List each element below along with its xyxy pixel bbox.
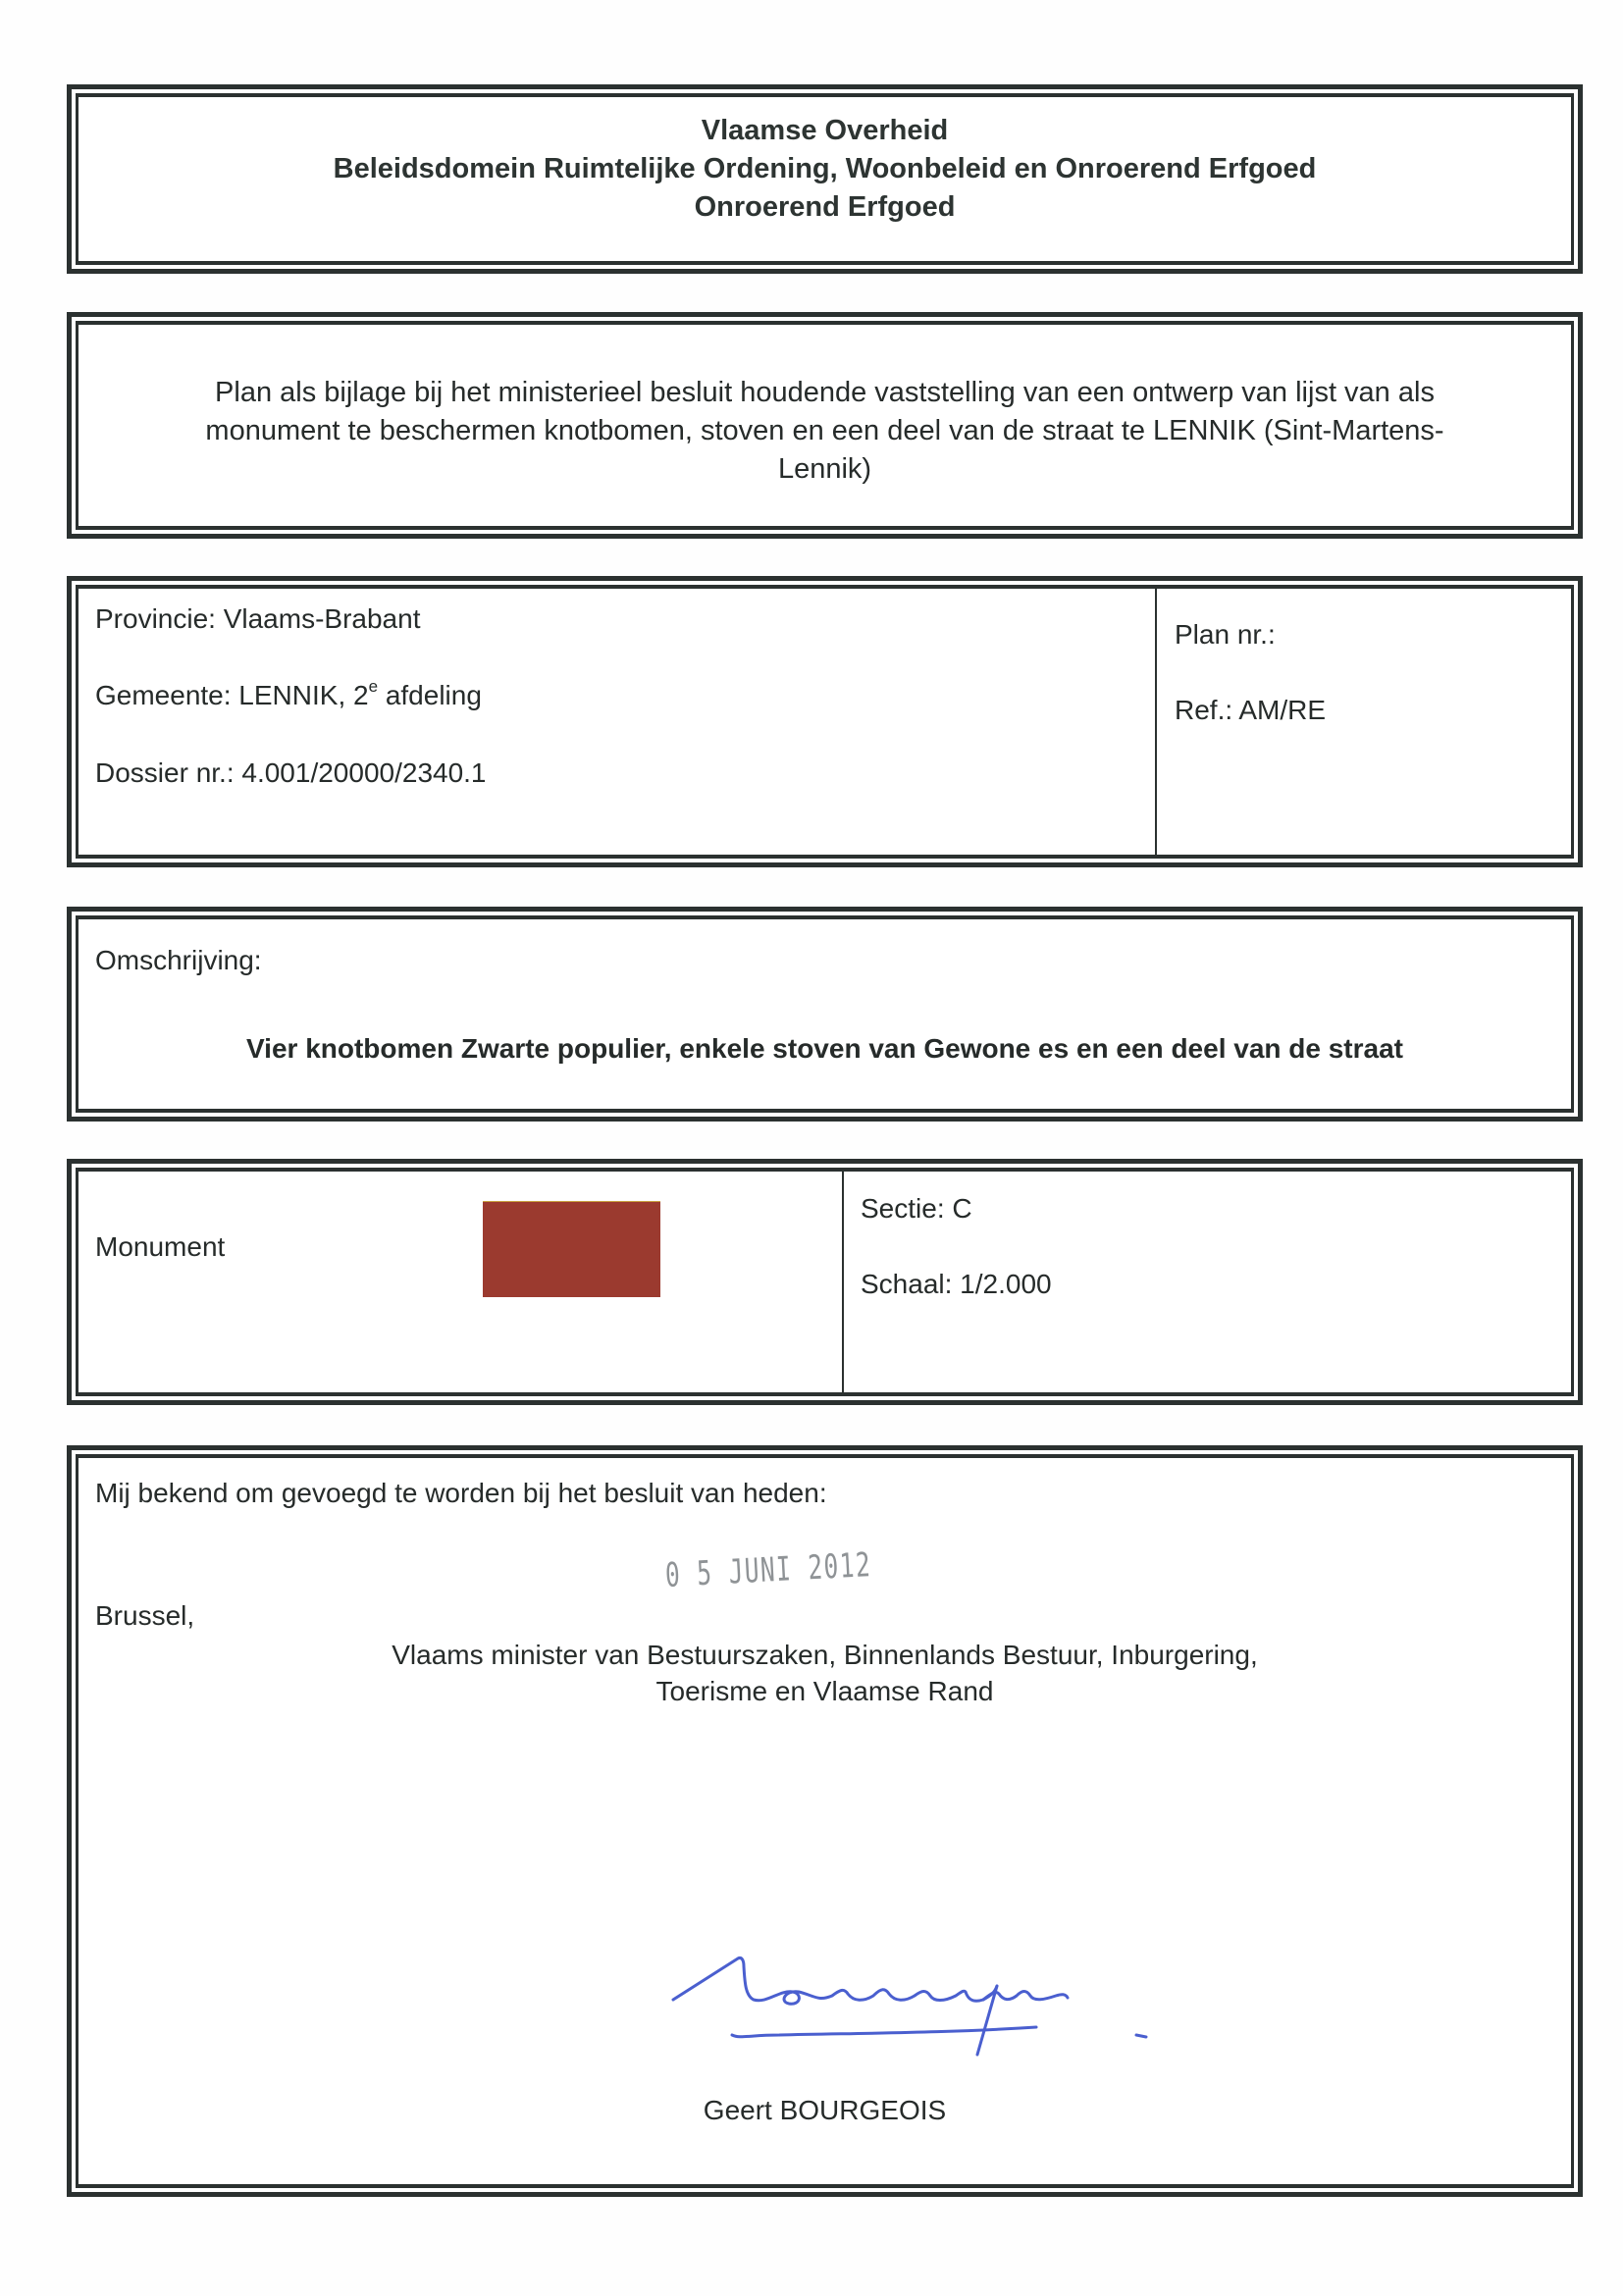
plan-title-line-1: Plan als bijlage bij het ministerieel be… xyxy=(118,374,1532,412)
header-domain: Beleidsdomein Ruimtelijke Ordening, Woon… xyxy=(79,153,1571,185)
dossier-field: Dossier nr.: 4.001/20000/2340.1 xyxy=(95,759,487,787)
column-divider xyxy=(1155,589,1157,855)
gemeente-superscript: e xyxy=(369,677,378,696)
provincie-field: Provincie: Vlaams-Brabant xyxy=(95,605,420,633)
gemeente-field: Gemeente: LENNIK, 2e afdeling xyxy=(95,682,482,709)
legend-monument-label: Monument xyxy=(95,1233,225,1261)
schaal-field: Schaal: 1/2.000 xyxy=(861,1271,1052,1298)
plan-title-line-2: monument te beschermen knotbomen, stoven… xyxy=(118,412,1532,450)
plan-title: Plan als bijlage bij het ministerieel be… xyxy=(118,374,1532,489)
header-agency: Onroerend Erfgoed xyxy=(79,191,1571,224)
handwritten-signature xyxy=(671,1945,1181,2062)
legend-box: Monument Sectie: C Schaal: 1/2.000 xyxy=(67,1159,1583,1405)
place-text: Brussel, xyxy=(95,1602,194,1630)
description-text: Vier knotbomen Zwarte populier, enkele s… xyxy=(79,1035,1571,1063)
column-divider xyxy=(842,1172,844,1392)
reference-field: Ref.: AM/RE xyxy=(1175,697,1326,724)
gemeente-suffix: afdeling xyxy=(378,680,482,710)
minister-title-line-2: Toerisme en Vlaamse Rand xyxy=(79,1678,1571,1705)
acknowledgement-text: Mij bekend om gevoegd te worden bij het … xyxy=(95,1480,827,1507)
monument-color-swatch xyxy=(483,1201,660,1297)
plan-number-field: Plan nr.: xyxy=(1175,621,1276,649)
minister-title-line-1: Vlaams minister van Bestuurszaken, Binne… xyxy=(79,1642,1571,1669)
date-stamp: 0 5 JUNI 2012 xyxy=(664,1545,872,1595)
gemeente-prefix: Gemeente: LENNIK, 2 xyxy=(95,680,369,710)
signature-box: Mij bekend om gevoegd te worden bij het … xyxy=(67,1445,1583,2197)
details-box: Provincie: Vlaams-Brabant Gemeente: LENN… xyxy=(67,576,1583,867)
header-box: Vlaamse Overheid Beleidsdomein Ruimtelij… xyxy=(67,84,1583,274)
signatory-name: Geert BOURGEOIS xyxy=(79,2097,1571,2124)
description-box: Omschrijving: Vier knotbomen Zwarte popu… xyxy=(67,907,1583,1122)
header-authority: Vlaamse Overheid xyxy=(79,115,1571,147)
description-label: Omschrijving: xyxy=(95,947,262,974)
plan-title-box: Plan als bijlage bij het ministerieel be… xyxy=(67,312,1583,539)
sectie-field: Sectie: C xyxy=(861,1195,972,1223)
plan-title-line-3: Lennik) xyxy=(118,450,1532,489)
